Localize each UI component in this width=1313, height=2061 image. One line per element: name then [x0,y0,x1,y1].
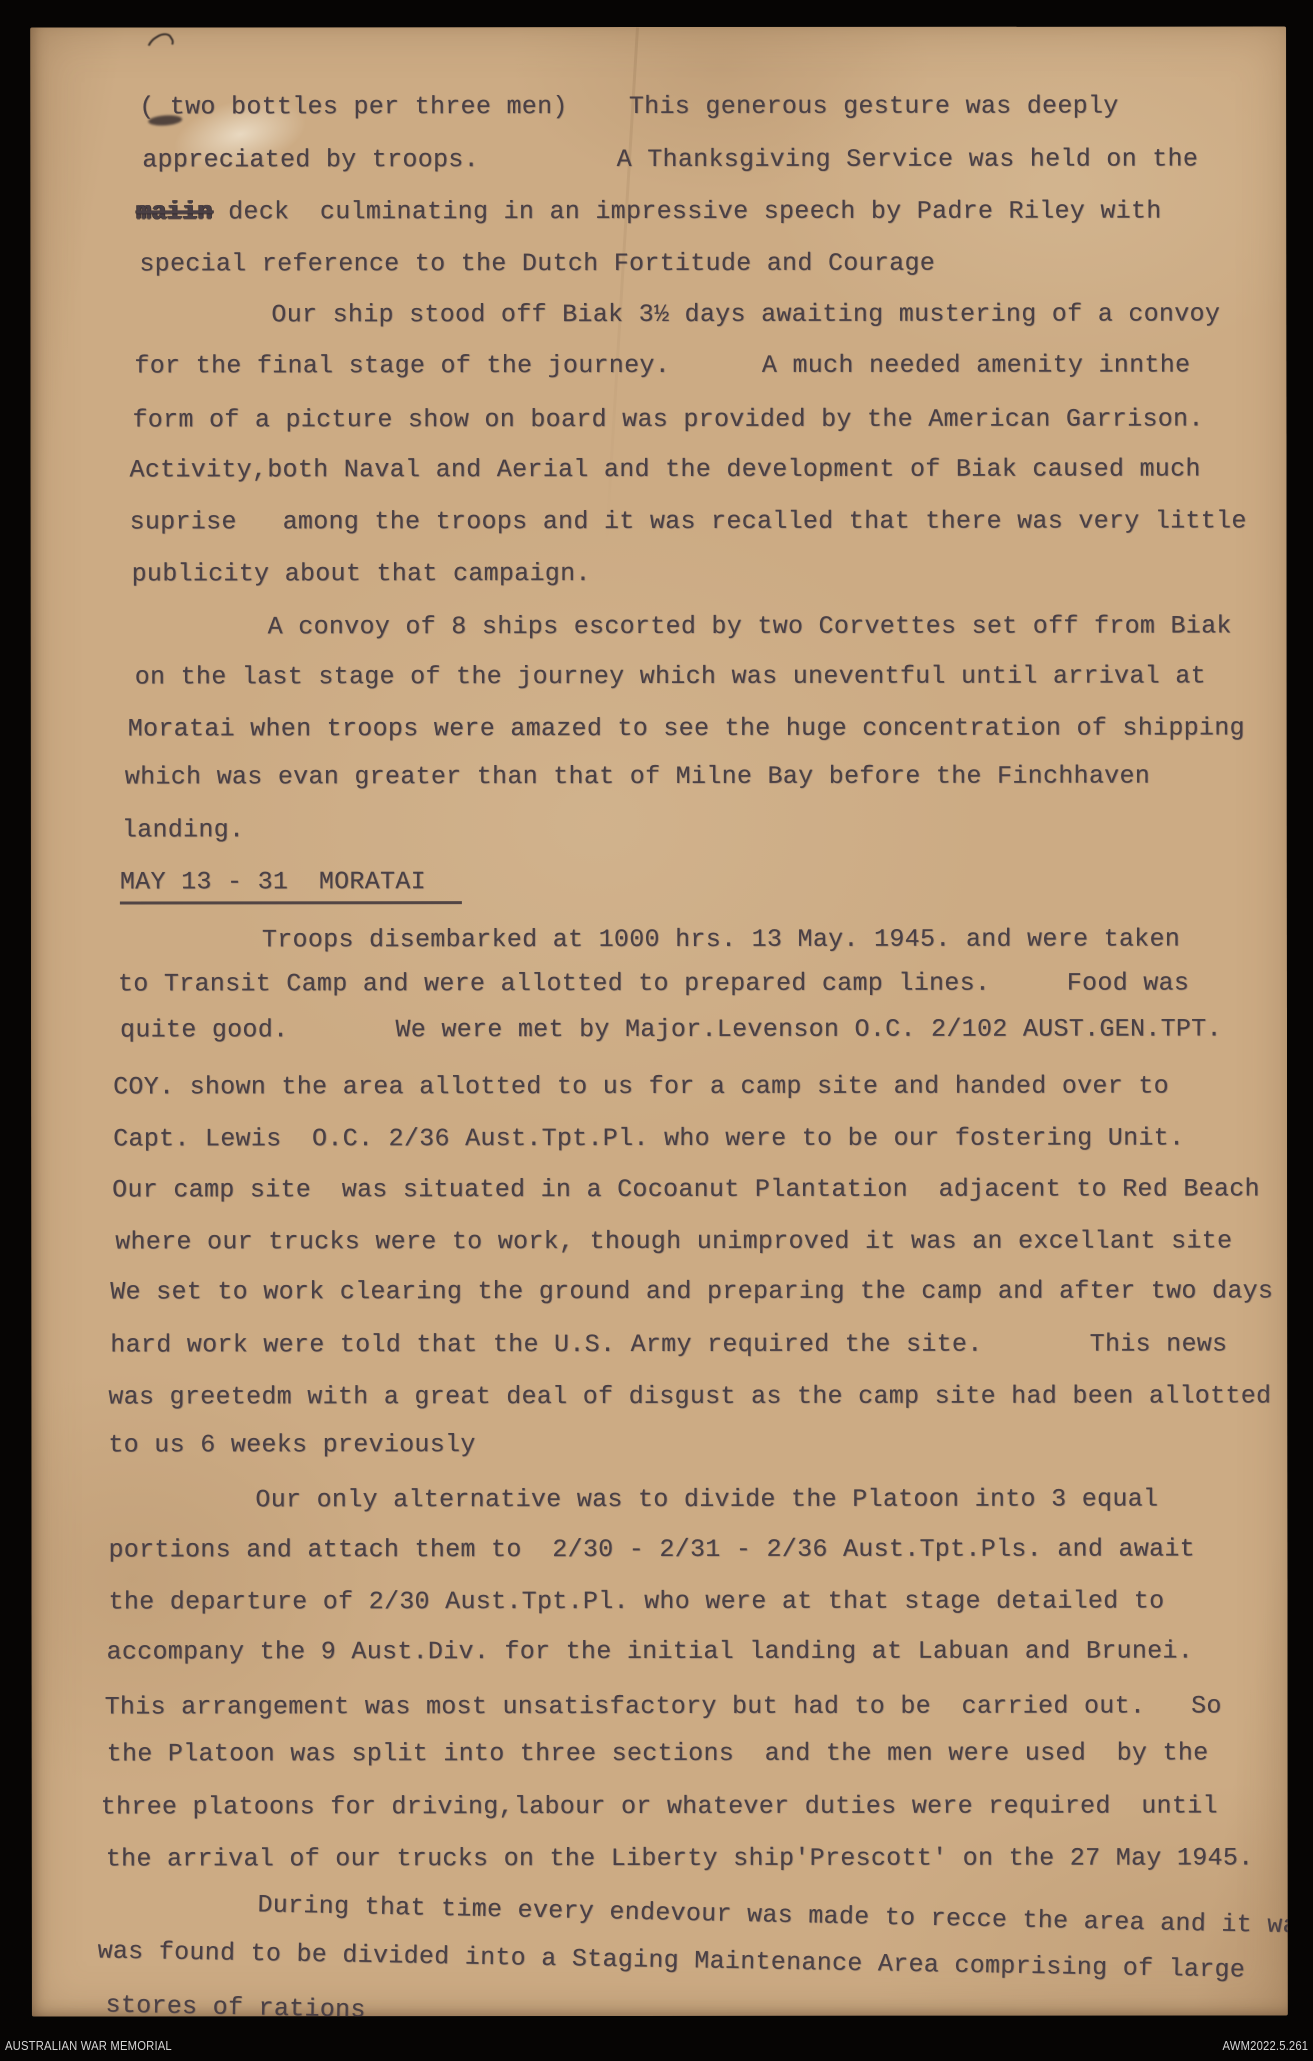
paper-sheet: ( two bottles per three men) This genero… [30,26,1288,2016]
typed-line: to us 6 weeks previously [108,1430,475,1460]
typed-line: suprise among the troops and it was reca… [130,506,1247,537]
typed-line: landing. [122,815,244,845]
typed-line: where our trucks were to work, though un… [115,1226,1232,1257]
typed-line: COY. shown the area allotted to us for a… [113,1072,1169,1103]
typed-line: Activity,both Naval and Aerial and the d… [130,455,1201,486]
typed-line: three platoons for driving,labour or wha… [101,1792,1218,1823]
archive-id-label: AWM2022.5.261 [1222,2039,1308,2053]
typed-line: form of a picture show on board was prov… [132,405,1203,436]
typed-line: appreciated by troops. A Thanksgiving Se… [142,145,1198,176]
typed-line: on the last stage of the journey which w… [135,662,1206,693]
typed-line: Our only alternative was to divide the P… [255,1485,1158,1516]
overstruck-word: maiin [136,197,213,226]
typed-line: was greetedm with a great deal of disgus… [108,1381,1271,1412]
typed-line: the arrival of our trucks on the Liberty… [106,1843,1254,1874]
typed-text-layer: ( two bottles per three men) This genero… [30,26,1288,2016]
typed-line: Our camp site was situated in a Cocoanut… [112,1174,1260,1205]
typed-line: Troops disembarked at 1000 hrs. 13 May. … [262,925,1180,956]
typed-line: maiin deck culminating in an impressive … [136,197,1161,228]
typed-line: accompany the 9 Aust.Div. for the initia… [107,1637,1194,1668]
typed-line: to Transit Camp and were allotted to pre… [118,969,1189,1000]
typed-line: the Platoon was split into three section… [107,1739,1209,1770]
typed-line: We set to work clearing the ground and p… [110,1276,1273,1307]
typed-line: Moratai when troops were amazed to see t… [128,713,1245,744]
typed-line: hard work were told that the U.S. Army r… [110,1330,1227,1361]
typed-line: quite good. We were met by Major.Levenso… [120,1015,1222,1046]
typed-line: This arrangement was most unsatisfactory… [105,1692,1222,1723]
archive-credit-label: AUSTRALIAN WAR MEMORIAL [5,2039,172,2053]
typed-line: for the final stage of the journey. A mu… [134,351,1190,382]
typed-line: A convoy of 8 ships escorted by two Corv… [268,612,1232,643]
section-heading: MAY 13 - 31 MORATAI [120,867,462,904]
typed-line: special reference to the Dutch Fortitude… [139,249,935,280]
typed-line: publicity about that campaign. [132,559,591,589]
typed-line: stores of rations [105,1990,366,2016]
scanned-document-page: ( two bottles per three men) This genero… [0,0,1313,2061]
typed-line: which was evan greater than that of Miln… [125,762,1150,793]
typed-line: During that time every endevour was made… [257,1890,1288,1941]
typed-line: Our ship stood off Biak 3½ days awaiting… [271,300,1220,331]
typed-line: Capt. Lewis O.C. 2/36 Aust.Tpt.Pl. who w… [113,1124,1184,1155]
typed-line: was found to be divided into a Staging M… [97,1936,1245,1985]
typed-line: portions and attach them to 2/30 - 2/31 … [108,1535,1195,1566]
typed-line: the departure of 2/30 Aust.Tpt.Pl. who w… [108,1587,1164,1618]
typed-line: ( two bottles per three men) This genero… [139,92,1118,123]
